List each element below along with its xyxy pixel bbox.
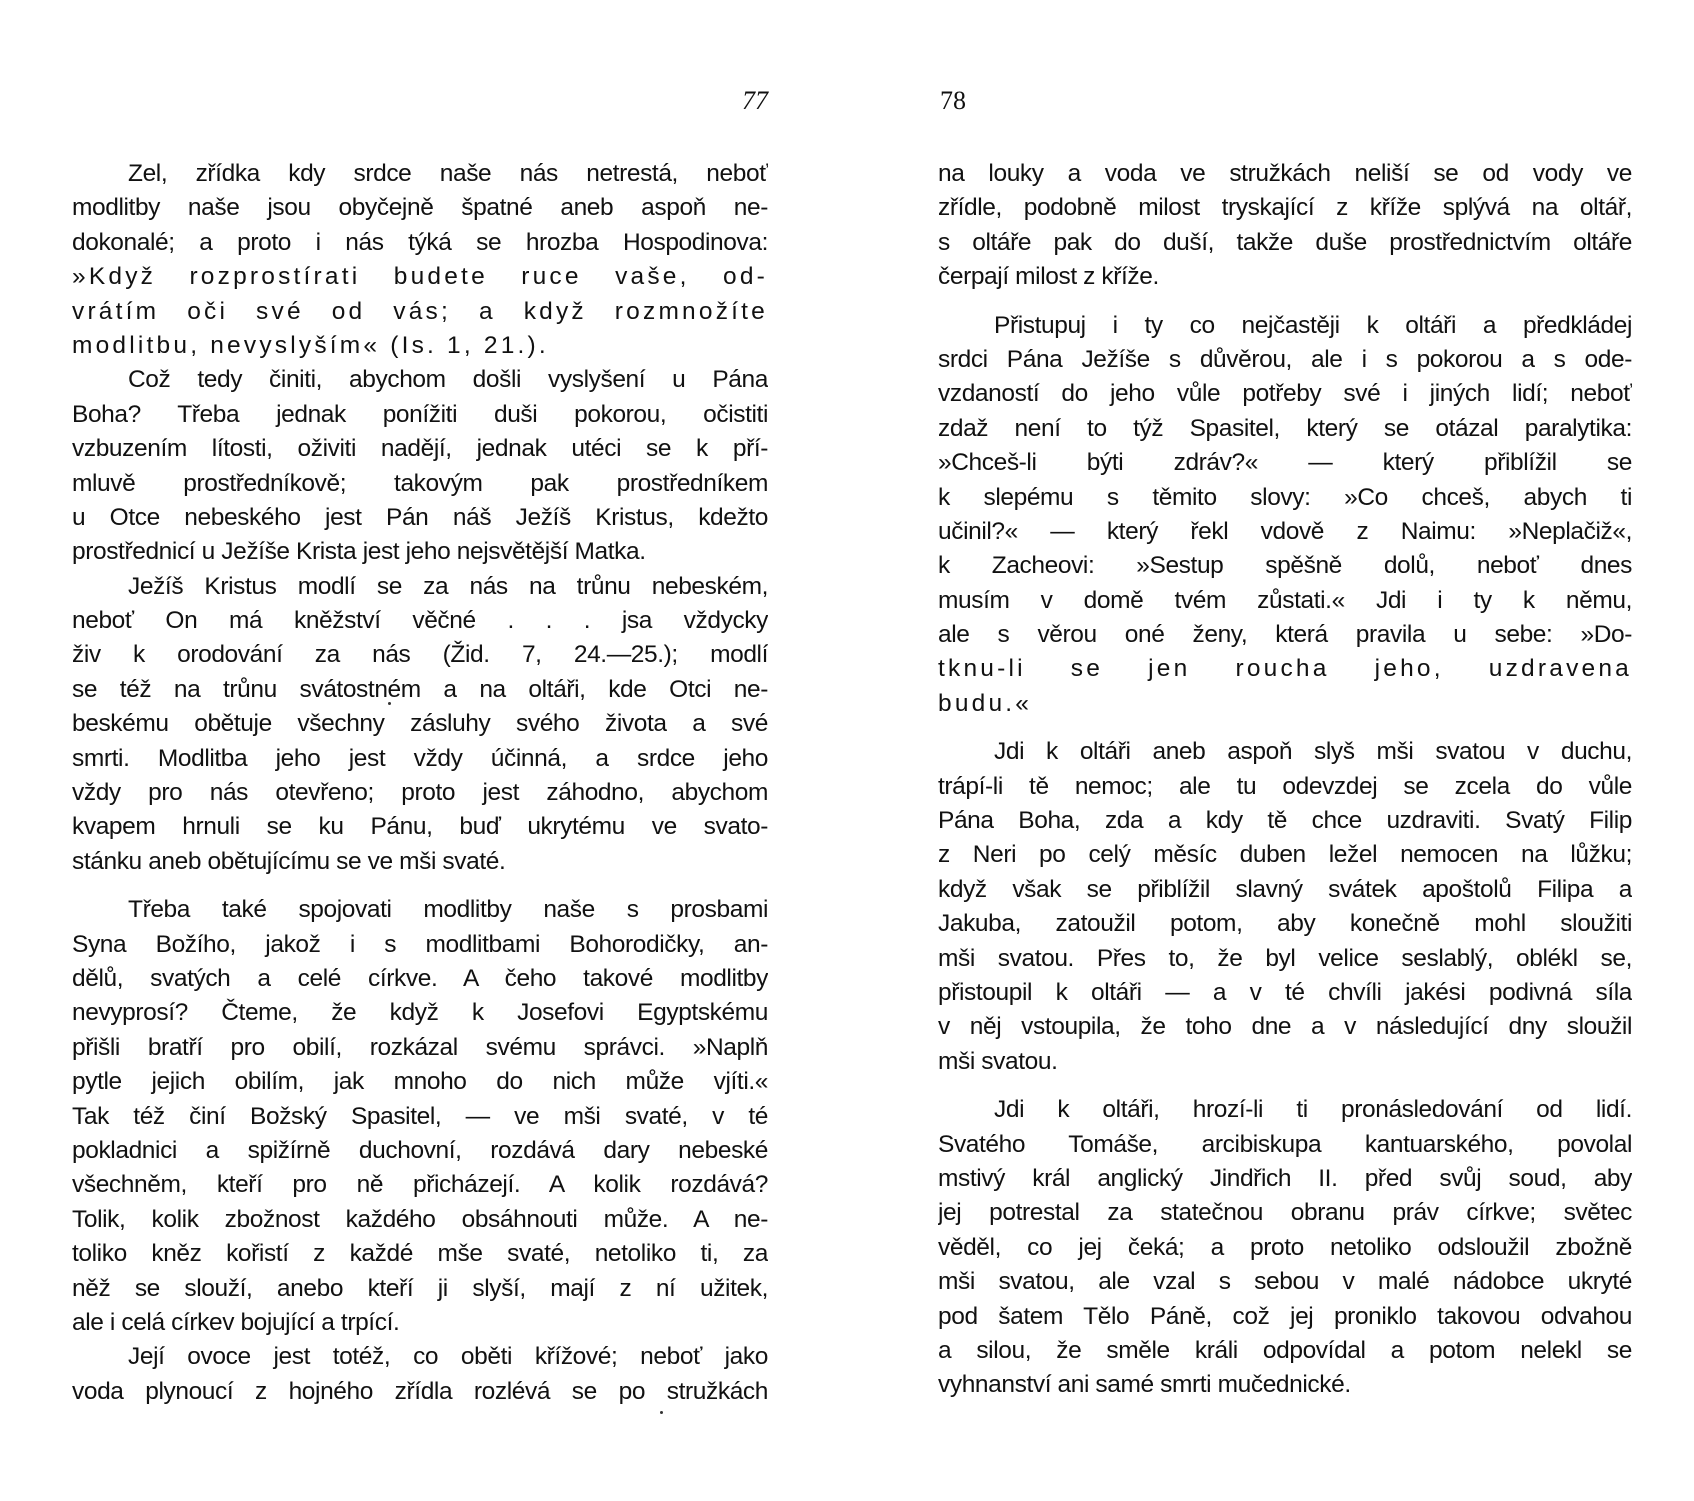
print-speck [660,1411,663,1414]
text-line: mši svatou, ale vzal s sebou v malé nádo… [938,1265,1632,1299]
text-line: smrti. Modlitba jeho jest vždy účinná, a… [72,742,768,776]
text-line: věděl, co jej čeká; a proto netoliko ods… [938,1231,1632,1265]
text-line: když však se přiblížil slavný svátek apo… [938,873,1632,907]
text-line: modlitby naše jsou obyčejně špatné aneb … [72,191,768,225]
text-line: ale i celá církev bojující a trpící. [72,1306,768,1340]
text-line: u Otce nebeského jest Pán náš Ježíš Kris… [72,501,768,535]
text-line: stánku aneb obětujícímu se ve mši svaté. [72,845,768,879]
print-speck [388,702,391,705]
page-text: na louky a voda ve stružkách neliší se o… [938,157,1632,1403]
text-line: a silou, že směle králi odpovídal a poto… [938,1334,1632,1368]
paragraph-gap [938,721,1632,735]
text-line: trápí-li tě nemoc; ale tu odevzdej se zc… [938,770,1632,804]
text-line: zřídle, podobně milost tryskající z kříž… [938,191,1632,225]
text-line: Boha? Třeba jednak ponížiti duši pokorou… [72,398,768,432]
text-line: »Když rozprostírati budete ruce vaše, od… [72,260,768,294]
text-line: pytle jejich obilím, jak mnoho do nich m… [72,1065,768,1099]
text-line: srdci Pána Ježíše s důvěrou, ale i s pok… [938,343,1632,377]
text-line: se též na trůnu svátostném a na oltáři, … [72,673,768,707]
text-line: ale s věrou oné ženy, která pravila u se… [938,618,1632,652]
text-line: Svatého Tomáše, arcibiskupa kantuarského… [938,1128,1632,1162]
text-line: Její ovoce jest totéž, co oběti křížové;… [72,1340,768,1374]
text-line: Což tedy činiti, abychom došli vyslyšení… [72,363,768,397]
text-line: zdaž není to týž Spasitel, který se otáz… [938,412,1632,446]
text-line: mši svatou. Přes to, že byl velice sesla… [938,942,1632,976]
page-text: Zel, zřídka kdy srdce naše nás netrestá,… [72,157,768,1409]
text-line: Jdi k oltáři aneb aspoň slyš mši svatou … [938,735,1632,769]
text-line: vzdaností do jeho vůle potřeby své i jin… [938,377,1632,411]
text-line: kvapem hrnuli se ku Pánu, buď ukrytému v… [72,810,768,844]
text-line: na louky a voda ve stružkách neliší se o… [938,157,1632,191]
text-line: něž se slouží, anebo kteří ji slyší, maj… [72,1272,768,1306]
text-line: budu.« [938,687,1632,721]
text-line: všechněm, kteří pro ně přicházejí. A kol… [72,1168,768,1202]
text-line: přišli bratří pro obilí, rozkázal svému … [72,1031,768,1065]
left-page: 77 Zel, zřídka kdy srdce naše nás netres… [72,0,768,1501]
text-line: pokladnici a spižírně duchovní, rozdává … [72,1134,768,1168]
page-number: 78 [940,86,966,116]
text-line: Tolik, kolik zbožnost každého obsáhnouti… [72,1203,768,1237]
text-line: tknu-li se jen roucha jeho, uzdravena [938,652,1632,686]
text-line: vždy pro nás otevřeno; proto jest záhodn… [72,776,768,810]
text-line: Ježíš Kristus modlí se za nás na trůnu n… [72,570,768,604]
text-line: Třeba také spojovati modlitby naše s pro… [72,893,768,927]
text-line: beskému obětuje všechny zásluhy svého ži… [72,707,768,741]
text-line: k slepému s těmito slovy: »Co chceš, aby… [938,481,1632,515]
text-line: z Neri po celý měsíc duben ležel nemocen… [938,838,1632,872]
right-page: 78 na louky a voda ve stružkách neliší s… [938,0,1632,1501]
text-line: musím v domě tvém zůstati.« Jdi i ty k n… [938,584,1632,618]
text-line: mši svatou. [938,1045,1632,1079]
text-line: prostřednicí u Ježíše Krista jest jeho n… [72,535,768,569]
text-line: k Zacheovi: »Sestup spěšně dolů, neboť d… [938,549,1632,583]
text-line: Tak též činí Božský Spasitel, — ve mši s… [72,1100,768,1134]
text-line: mstivý král anglický Jindřich II. před s… [938,1162,1632,1196]
text-line: »Chceš-li býti zdráv?« — který přiblížil… [938,446,1632,480]
text-line: dělů, svatých a celé církve. A čeho tako… [72,962,768,996]
text-line: dokonalé; a proto i nás týká se hrozba H… [72,226,768,260]
text-line: modlitbu, nevyslyším« (Is. 1, 21.). [72,329,768,363]
text-line: voda plynoucí z hojného zřídla rozlévá s… [72,1375,768,1409]
text-line: jej potrestal za statečnou obranu práv c… [938,1196,1632,1230]
text-line: Jakuba, zatoužil potom, aby konečně mohl… [938,907,1632,941]
text-line: nevyprosí? Čteme, že když k Josefovi Egy… [72,996,768,1030]
text-line: Přistupuj i ty co nejčastěji k oltáři a … [938,309,1632,343]
text-line: pod šatem Tělo Páně, což jej proniklo ta… [938,1300,1632,1334]
paragraph-gap [938,1079,1632,1093]
text-line: neboť On má kněžství věčné . . . jsa vžd… [72,604,768,638]
text-line: přistoupil k oltáři — a v té chvíli jaké… [938,976,1632,1010]
paragraph-gap [72,879,768,893]
paragraph-gap [938,295,1632,309]
text-line: toliko kněz kořistí z každé mše svaté, n… [72,1237,768,1271]
text-line: učinil?« — který řekl vdově z Naimu: »Ne… [938,515,1632,549]
text-line: v něj vstoupila, že toho dne a v následu… [938,1010,1632,1044]
text-line: Jdi k oltáři, hrozí-li ti pronásledování… [938,1093,1632,1127]
text-line: s oltáře pak do duší, takže duše prostře… [938,226,1632,260]
text-line: Zel, zřídka kdy srdce naše nás netrestá,… [72,157,768,191]
text-line: mluvě prostředníkově; takovým pak prostř… [72,467,768,501]
text-line: čerpají milost z kříže. [938,260,1632,294]
text-line: vyhnanství ani samé smrti mučednické. [938,1368,1632,1402]
text-line: Pána Boha, zda a kdy tě chce uzdraviti. … [938,804,1632,838]
text-line: vzbuzením lítosti, oživiti nadějí, jedna… [72,432,768,466]
text-line: Syna Božího, jakož i s modlitbami Bohoro… [72,928,768,962]
text-line: vrátím oči své od vás; a když rozmnožíte [72,295,768,329]
page-number: 77 [742,86,768,116]
text-line: živ k orodování za nás (Žid. 7, 24.—25.)… [72,638,768,672]
